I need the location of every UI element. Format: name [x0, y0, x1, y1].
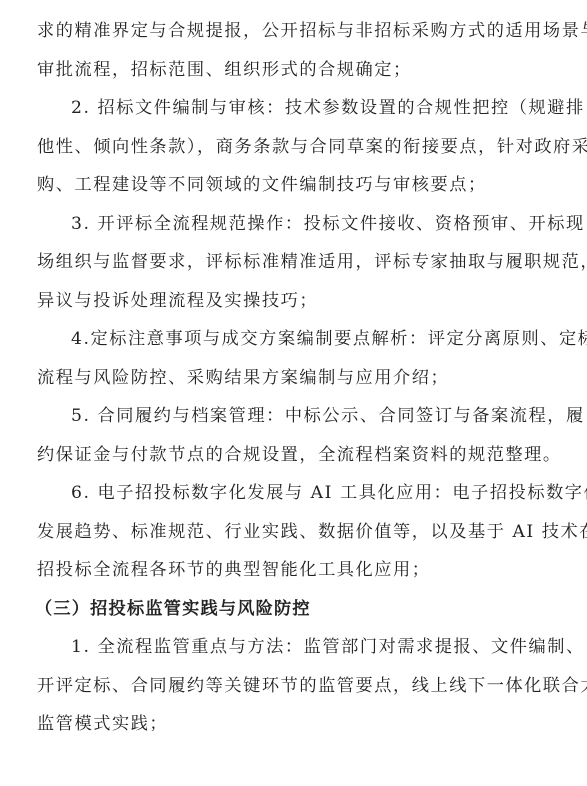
text-line: 场组织与监督要求，评标标准精准适用，评标专家抽取与履职规范， [37, 243, 553, 282]
text-line: 购、工程建设等不同领域的文件编制技巧与审核要点； [37, 166, 553, 205]
text-line: 异议与投诉处理流程及实操技巧； [37, 282, 553, 321]
list-item-5-line: 5. 合同履约与档案管理：中标公示、合同签订与备案流程，履 [37, 397, 553, 436]
list-item-6-line: 6. 电子招投标数字化发展与 AI 工具化应用：电子招投标数字化 [37, 474, 553, 513]
section-item-1-line: 1. 全流程监管重点与方法：监管部门对需求提报、文件编制、 [37, 628, 553, 667]
list-item-3-line: 3. 开评标全流程规范操作：投标文件接收、资格预审、开标现 [37, 205, 553, 244]
text-line: 求的精准界定与合规提报，公开招标与非招标采购方式的适用场景与 [37, 12, 553, 51]
section-heading: （三）招投标监管实践与风险防控 [35, 590, 553, 629]
text-line: 发展趋势、标准规范、行业实践、数据价值等，以及基于 AI 技术在 [37, 513, 553, 552]
text-line: 审批流程，招标范围、组织形式的合规确定； [37, 51, 553, 90]
text-line: 监管模式实践； [37, 705, 553, 744]
document-page: 求的精准界定与合规提报，公开招标与非招标采购方式的适用场景与 审批流程，招标范围… [37, 12, 553, 744]
text-line: 流程与风险防控、采购结果方案编制与应用介绍； [37, 359, 553, 398]
text-line: 他性、倾向性条款），商务条款与合同草案的衔接要点，针对政府采 [37, 128, 553, 167]
text-line: 约保证金与付款节点的合规设置，全流程档案资料的规范整理。 [37, 436, 553, 475]
list-item-4-line: 4.定标注意事项与成交方案编制要点解析：评定分离原则、定标 [37, 320, 553, 359]
text-line: 招投标全流程各环节的典型智能化工具化应用； [37, 551, 553, 590]
text-line: 开评定标、合同履约等关键环节的监管要点，线上线下一体化联合大 [37, 667, 553, 706]
list-item-2-line: 2. 招标文件编制与审核：技术参数设置的合规性把控（规避排 [37, 89, 553, 128]
